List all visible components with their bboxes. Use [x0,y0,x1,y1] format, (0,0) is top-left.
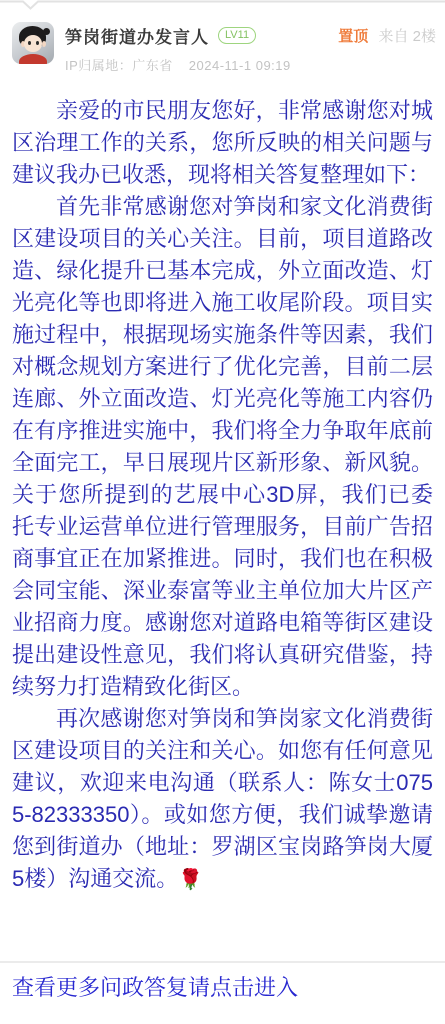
avatar[interactable] [12,22,54,64]
avatar-eye [36,41,39,45]
paragraph-text: 亲爱的市民朋友您好，非常感谢您对城区治理工作的关系，您所反映的相关问题与建议我办… [12,98,433,187]
avatar-shirt [19,54,47,64]
avatar-face [24,35,42,52]
ip-location: IP归属地：广东省 [65,58,173,73]
paragraph-text: 首先非常感谢您对笋岗和家文化消费街区建设项目的关心关注。目前，项目道路改造、绿化… [12,194,433,699]
timestamp: 2024-11-1 09:19 [189,58,291,73]
level-badge: LV11 [218,27,256,44]
post-header: 笋岗街道办发言人 LV11 IP归属地：广东省2024-11-1 09:19 置… [0,11,445,74]
avatar-ear [42,41,46,47]
post-footer: 查看更多问政答复请点击进入 [0,961,445,1002]
floor-label: 来自 2楼 [378,28,436,45]
paragraph-text: 再次感谢您对笋岗和笋岗家文化消费街区建设项目的关注和关心。如您有任何意见建议，欢… [12,706,433,891]
username[interactable]: 笋岗街道办发言人 [65,23,209,48]
post-body: 亲爱的市民朋友您好，非常感谢您对城区治理工作的关系，您所反映的相关问题与建议我办… [0,95,445,896]
more-replies-link[interactable]: 查看更多问政答复请点击进入 [12,971,298,1002]
bubble-tail-icon [0,0,445,11]
avatar-eye [28,41,31,45]
paragraph: 再次感谢您对笋岗和笋岗家文化消费街区建设项目的关注和关心。如您有任何意见建议，欢… [12,703,433,896]
post-card: 笋岗街道办发言人 LV11 IP归属地：广东省2024-11-1 09:19 置… [0,0,445,1024]
avatar-hair [43,28,50,35]
paragraph: 亲爱的市民朋友您好，非常感谢您对城区治理工作的关系，您所反映的相关问题与建议我办… [12,95,433,191]
pinned-badge: 置顶 [338,28,368,45]
post-meta-row: IP归属地：广东省2024-11-1 09:19 [65,55,291,74]
paragraph: 首先非常感谢您对笋岗和家文化消费街区建设项目的关心关注。目前，项目道路改造、绿化… [12,191,433,703]
rose-emoji: 🌹 [178,869,203,891]
